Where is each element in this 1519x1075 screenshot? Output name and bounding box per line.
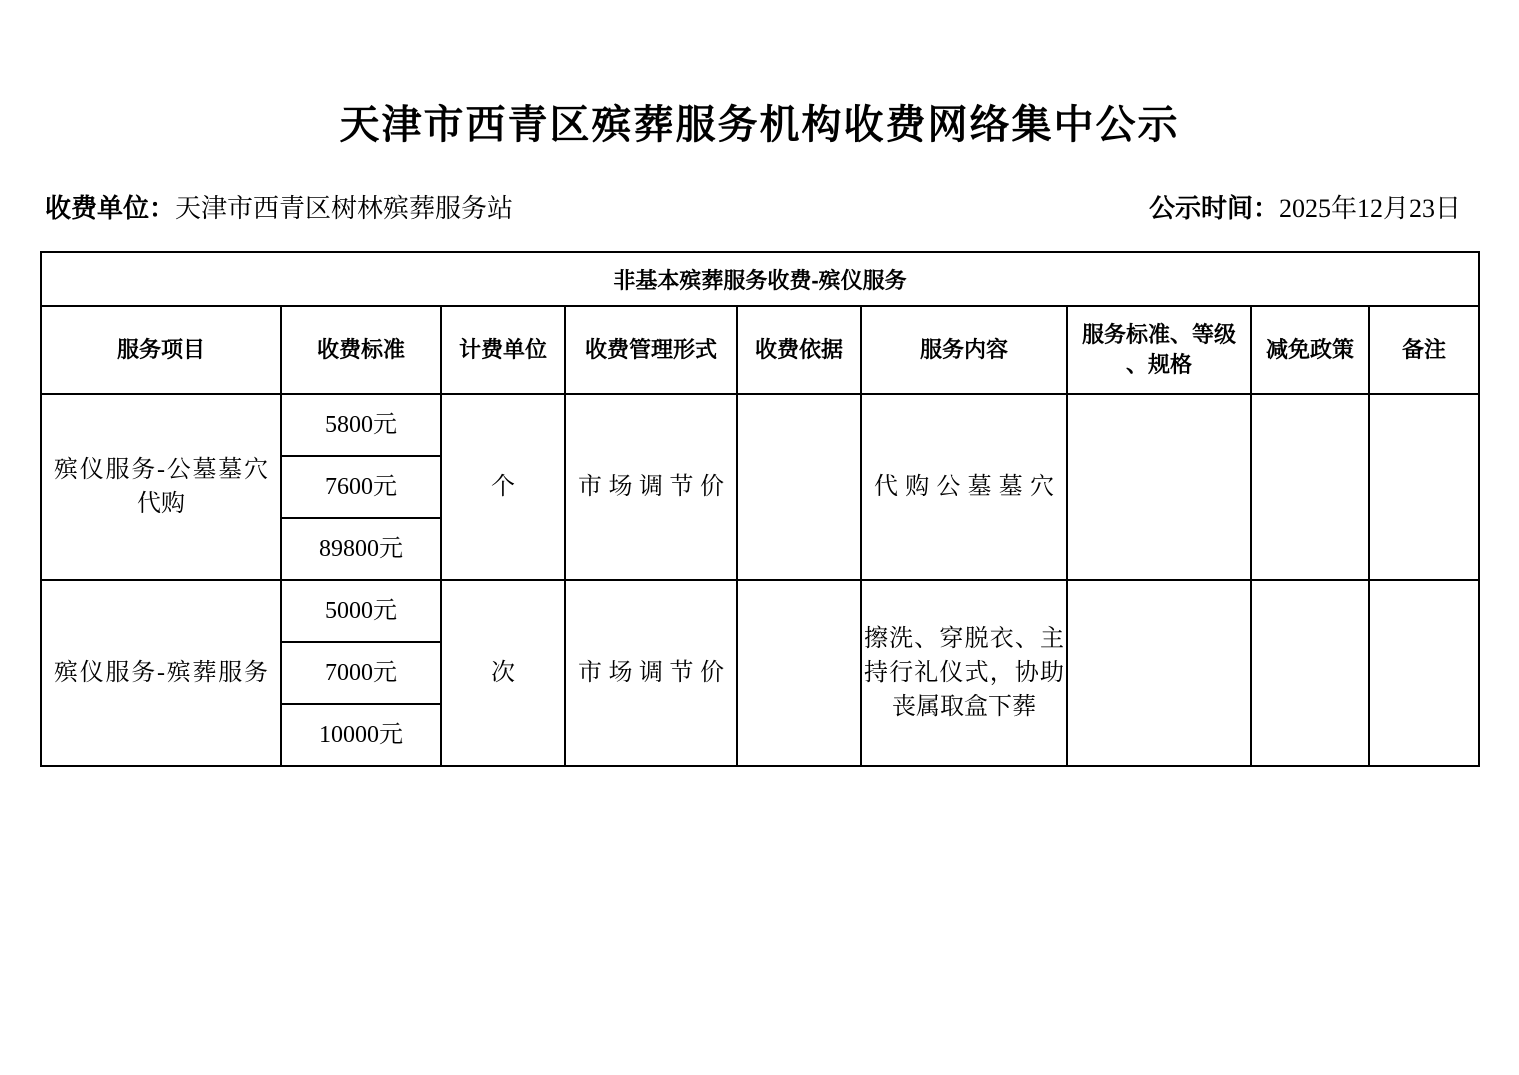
cell-price: 7000元 (281, 642, 441, 704)
cell-price: 5800元 (281, 394, 441, 456)
table-title-row: 非基本殡葬服务收费-殡仪服务 (41, 252, 1479, 306)
cell-service-standard-grade (1067, 580, 1251, 766)
fee-table: 非基本殡葬服务收费-殡仪服务 服务项目 收费标准 计费单位 收费管理形式 收费依… (40, 251, 1480, 767)
cell-service-item: 殡仪服务-公墓墓穴代购 (41, 394, 281, 580)
cell-billing-unit: 个 (441, 394, 565, 580)
cell-price: 7600元 (281, 456, 441, 518)
notice-page: 天津市西青区殡葬服务机构收费网络集中公示 收费单位：天津市西青区树林殡葬服务站 … (0, 0, 1519, 1075)
table-row: 殡仪服务-殡葬服务 5000元 次 市场调节价 擦洗、穿脱衣、主持行礼仪式，协助… (41, 580, 1479, 642)
cell-price: 89800元 (281, 518, 441, 580)
cell-fee-basis (737, 580, 861, 766)
table-title: 非基本殡葬服务收费-殡仪服务 (41, 252, 1479, 306)
header-remark: 备注 (1369, 306, 1479, 394)
cell-service-item: 殡仪服务-殡葬服务 (41, 580, 281, 766)
charging-unit-label: 收费单位： (45, 193, 175, 223)
charging-unit-line: 收费单位：天津市西青区树林殡葬服务站 (45, 192, 513, 225)
header-fee-basis: 收费依据 (737, 306, 861, 394)
cell-remark (1369, 580, 1479, 766)
header-service-standard-grade: 服务标准、等级 、规格 (1067, 306, 1251, 394)
page-title: 天津市西青区殡葬服务机构收费网络集中公示 (0, 0, 1519, 154)
publicity-time-value: 2025年12月23日 (1279, 194, 1461, 223)
header-fee-management-form: 收费管理形式 (565, 306, 737, 394)
cell-service-standard-grade (1067, 394, 1251, 580)
cell-billing-unit: 次 (441, 580, 565, 766)
cell-reduction-policy (1251, 394, 1369, 580)
cell-remark (1369, 394, 1479, 580)
table-row: 殡仪服务-公墓墓穴代购 5800元 个 市场调节价 代购公墓墓穴 (41, 394, 1479, 456)
header-billing-unit: 计费单位 (441, 306, 565, 394)
header-service-content: 服务内容 (861, 306, 1067, 394)
charging-unit-value: 天津市西青区树林殡葬服务站 (175, 194, 513, 223)
cell-reduction-policy (1251, 580, 1369, 766)
cell-fee-basis (737, 394, 861, 580)
header-service-item: 服务项目 (41, 306, 281, 394)
table-header-row: 服务项目 收费标准 计费单位 收费管理形式 收费依据 服务内容 服务标准、等级 … (41, 306, 1479, 394)
publicity-time-label: 公示时间： (1149, 193, 1279, 223)
meta-row: 收费单位：天津市西青区树林殡葬服务站 公示时间：2025年12月23日 (45, 192, 1461, 225)
header-fee-standard: 收费标准 (281, 306, 441, 394)
cell-fee-management-form: 市场调节价 (565, 394, 737, 580)
cell-price: 10000元 (281, 704, 441, 766)
cell-service-content: 擦洗、穿脱衣、主持行礼仪式，协助丧属取盒下葬 (861, 580, 1067, 766)
publicity-time-line: 公示时间：2025年12月23日 (1149, 192, 1461, 225)
cell-service-content: 代购公墓墓穴 (861, 394, 1067, 580)
header-reduction-policy: 减免政策 (1251, 306, 1369, 394)
cell-price: 5000元 (281, 580, 441, 642)
cell-fee-management-form: 市场调节价 (565, 580, 737, 766)
